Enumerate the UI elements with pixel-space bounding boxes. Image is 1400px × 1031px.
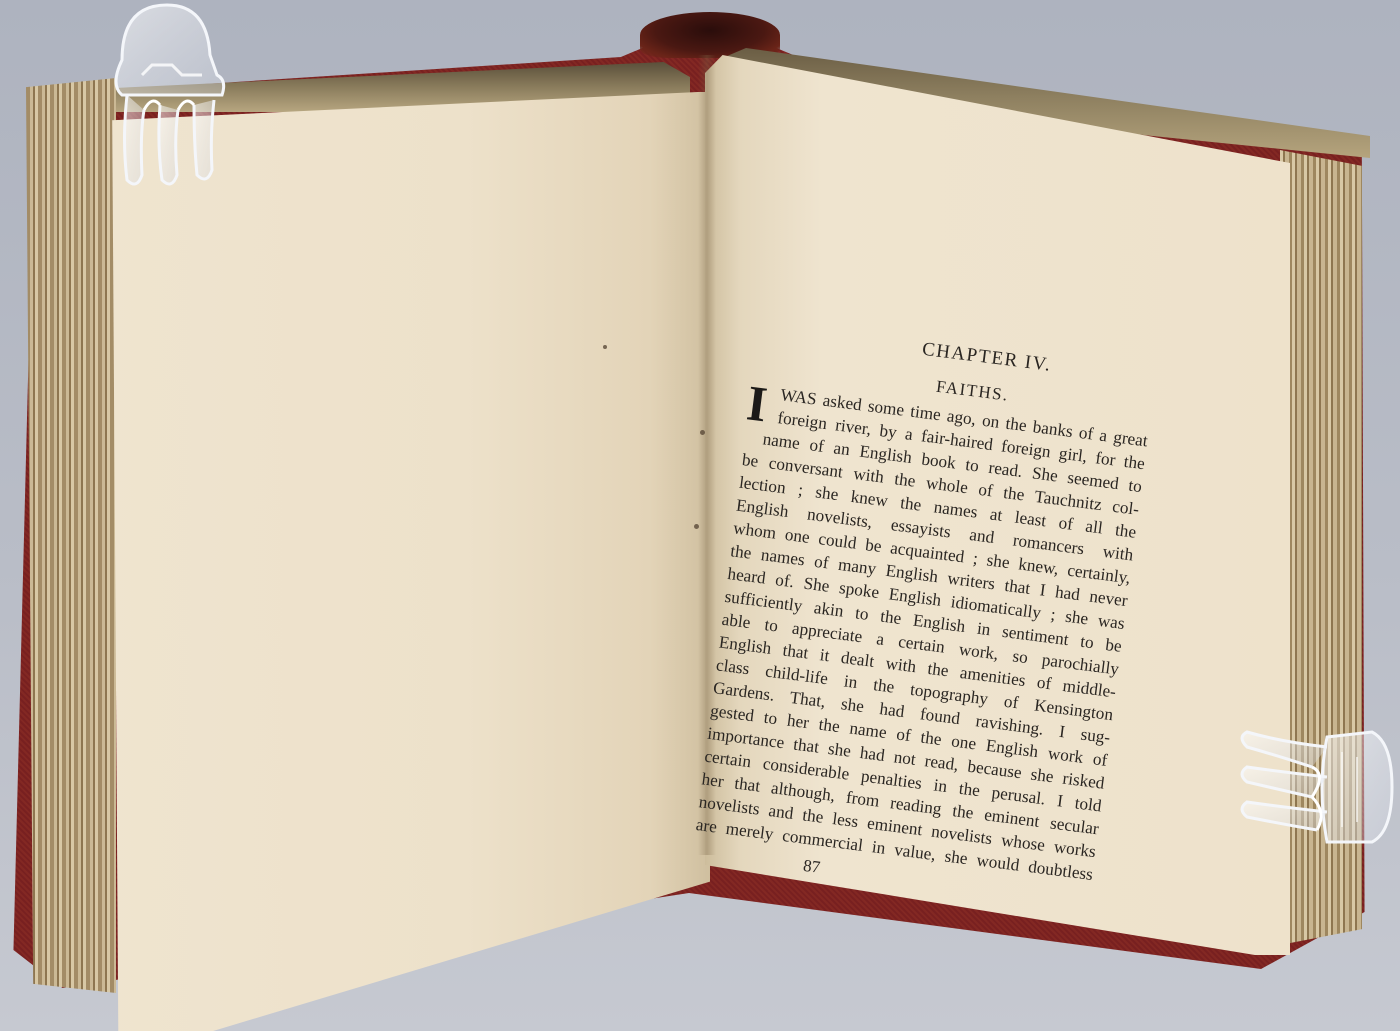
hair-clip-right-icon [1232,712,1397,862]
chapter-body: I WAS asked some time ago, on the banks … [695,380,1149,887]
left-page [100,92,710,1031]
hair-clip-top-left-icon [82,0,242,195]
page-edges-left [26,78,116,993]
book-photo-scene: CHAPTER IV. FAITHS. I WAS asked some tim… [0,0,1400,1031]
paper-speck [603,345,607,349]
binding-thread-dot [694,524,699,529]
chapter-text-block: CHAPTER IV. FAITHS. I WAS asked some tim… [691,318,1157,912]
binding-thread-dot [700,430,705,435]
